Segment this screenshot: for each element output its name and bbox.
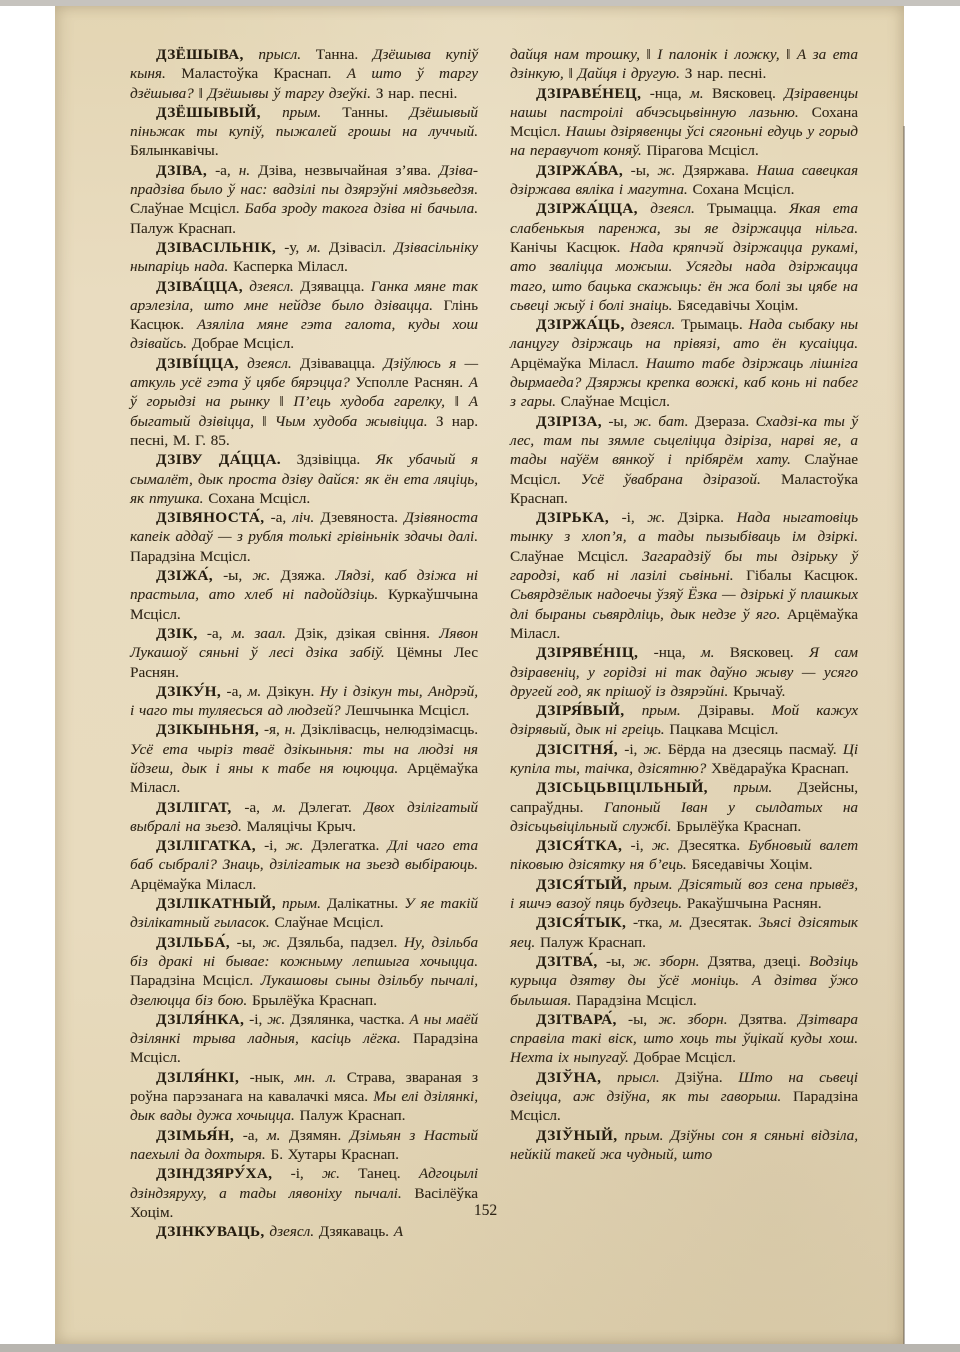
roman-text: Парадзіна Мсцісл. [576,992,697,1009]
dictionary-column-left: ДЗЁШЫВА, прысл. Танна. Дзёшыва купіў кын… [130,45,478,1241]
italic-text: ж. [322,1165,340,1182]
italic-text: ж. [262,934,280,951]
roman-text: -і, [631,837,644,854]
roman-text: Маляцічы Крыч. [247,818,356,835]
roman-text: Бялынкавічы. [130,142,219,159]
roman-text: Сохана Мсцісл. [693,181,795,198]
dictionary-entry: ДЗІТВА́, -ы, ж. зборн. Дзятва, дзеці. Во… [510,952,858,1010]
scanner-edge-bottom [0,1344,960,1352]
italic-text: прым. [282,104,321,121]
italic-text: прым. [642,702,681,719]
roman-text: -у, [284,239,299,256]
dictionary-entry: ДЗІРАВЕ́НЕЦ, -нца, м. Вясковец. Дзіравен… [510,84,858,161]
italic-text: А [394,1223,403,1240]
book-page: ДЗЁШЫВА, прысл. Танна. Дзёшыва купіў кын… [55,6,904,1344]
dictionary-entry: ДЗЁШЫВА, прысл. Танна. Дзёшыва купіў кын… [130,45,478,103]
roman-text: Дзіўна. [675,1069,722,1086]
roman-text: -і, [624,741,637,758]
dictionary-entry: ДЗІВЯНОСТА́, -а, ліч. Дзевяноста. Дзівян… [130,508,478,566]
roman-text: Усполле Раснян. [355,374,463,391]
headword: ДЗІК, [156,625,198,642]
roman-text: -а, [244,799,260,816]
roman-text: Крычаў. [733,683,785,700]
italic-text: м. [273,799,287,816]
dictionary-entry: ДЗІРЖА́ЦЬ, дзеясл. Трымаць. Нада сыбаку … [510,315,858,411]
italic-text: ж. зборн. [633,953,699,970]
dictionary-entry: ДЗІСІТНЯ́, -і, ж. Бёрда на дзесяць пасма… [510,740,858,779]
roman-text: Дзіравы. [698,702,754,719]
roman-text: Дзяжа. [281,567,326,584]
italic-text: ж. [657,162,675,179]
dictionary-entry: ДЗІВА, -а, н. Дзіва, незвычайная з’ява. … [130,161,478,238]
roman-text: Слаўнае Мсцісл. [510,548,628,565]
roman-text: Касперка Міласл. [233,258,348,275]
dictionary-entry: ДЗІРЯ́ВЫЙ, прым. Дзіравы. Мой кажух дзір… [510,701,858,740]
roman-text: Вясковец. [730,644,794,661]
roman-text: -а, [271,509,287,526]
roman-text: Дзялянка, частка. [290,1011,404,1028]
dictionary-entry: ДЗІЎНЫЙ, прым. Дзіўны сон я сяньні відзі… [510,1126,858,1165]
headword: ДЗІМЬЯ́Н, [156,1127,234,1144]
italic-text: прым. [733,779,772,796]
italic-text: ж. зборн. [658,1011,727,1028]
roman-text: Здзівіцца. [297,451,361,468]
roman-text: Палуж Краснап. [130,220,236,237]
italic-text: ж. [647,509,665,526]
roman-text: Танец. [358,1165,400,1182]
roman-text: -а, [207,625,223,642]
roman-text: Танна. [316,46,358,63]
roman-text: Вясковец. [712,85,776,102]
roman-text: Пацкава Мсцісл. [669,721,778,738]
roman-text: Дэлегатка. [312,837,380,854]
dictionary-entry: ДЗІКУ́Н, -а, м. Дзікун. Ну і дзікун ты, … [130,682,478,721]
roman-text: Дзівасіл. [329,239,386,256]
headword: ДЗІЎНА, [536,1069,601,1086]
italic-text: прым. [634,876,673,893]
headword: ДЗІЛІГАТКА, [156,837,256,854]
headword: ДЗІРІЗА, [536,413,602,430]
headword: ДЗІВА, [156,162,207,179]
roman-text: З нар. песні. [685,65,767,82]
dictionary-entry: ДЗІЛЬБА́, -ы, ж. Дзяльба, падзел. Ну, дз… [130,933,478,1010]
roman-text: Дзік, дзікая свіння. [295,625,430,642]
dictionary-entry: ДЗІРЬКА, -і, ж. Дзірка. Нада ныгатовіць … [510,508,858,643]
roman-text: Дзявацца. [300,278,364,295]
dictionary-entry: ДЗІСЯ́ТЫЙ, прым. Дзісятый воз сена прывё… [510,875,858,914]
roman-text: Добрае Мсцісл. [192,335,294,352]
roman-text: Брылёўка Краснап. [252,992,377,1009]
headword: ДЗЁШЫВА, [156,46,244,63]
headword: ДЗІЛЬБА́, [156,934,230,951]
headword: ДЗІСЬЦЬВІЦІЛЬНЫЙ, [536,779,708,796]
roman-text: -нца, [650,85,682,102]
headword: ДЗЁШЫВЫЙ, [156,104,261,121]
headword: ДЗІРАВЕ́НЕЦ, [536,85,641,102]
roman-text: Бяседавічы Хоцім. [691,856,812,873]
italic-text: ж. бат. [634,413,689,430]
headword: ДЗІВУ ДА́ЦЦА. [156,451,281,468]
roman-text: Палуж Краснап. [540,934,646,951]
roman-text: Дзесятка. [678,837,740,854]
roman-text: Дзівавацца. [300,355,375,372]
italic-text: ж. [267,1011,285,1028]
headword: ДЗІЛЯ́НКІ, [156,1069,239,1086]
roman-text: -нык, [250,1069,285,1086]
headword: ДЗІСЯ́ТКА, [536,837,622,854]
roman-text: -ы, [608,413,627,430]
roman-text: -ы, [628,1011,647,1028]
dictionary-entry: ДЗІРЖА́ВА, -ы, ж. Дзяржава. Наша савецка… [510,161,858,200]
roman-text: Парадзіна Мсцісл. [130,548,251,565]
roman-text: Слаўнае Мсцісл. [561,393,670,410]
roman-text: Дзікун. [267,683,315,700]
roman-text: -тка, [633,914,662,931]
roman-text: -нца, [654,644,686,661]
italic-text: м. [248,683,262,700]
roman-text: З нар. песні. [376,85,458,102]
headword: ДЗІРЖА́ВА, [536,162,623,179]
dictionary-entry: ДЗІЛЯ́НКА, -і, ж. Дзялянка, частка. А ны… [130,1010,478,1068]
roman-text: Дэлегат. [299,799,352,816]
headword: ДЗІСІТНЯ́, [536,741,618,758]
dictionary-entry: ДЗІРЯВЕ́НІЦ, -нца, м. Вясковец. Я сам дз… [510,643,858,701]
dictionary-entry: ДЗІЛІГАТКА, -і, ж. Дэлегатка. Длі чаго е… [130,836,478,894]
roman-text: Маластоўка Краснап. [181,65,331,82]
dictionary-entry: ДЗІМЬЯ́Н, -а, м. Дзямян. Дзімьян з Насты… [130,1126,478,1165]
italic-text: ж. [644,741,662,758]
roman-text: Арцёмаўка Міласл. [510,355,639,372]
roman-text: Канічы Касцюк. [510,239,620,256]
italic-text: прысл. [258,46,301,63]
italic-text: м. [669,914,683,931]
headword: ДЗІНКУВАЦЬ, [156,1223,265,1240]
dictionary-entry: ДЗІРЖА́ЦЦА, дзеясл. Трымацца. Якая ета с… [510,199,858,315]
roman-text: -а, [243,1127,259,1144]
headword: ДЗІТВА́, [536,953,598,970]
italic-text: прым. [624,1127,663,1144]
dictionary-entry: ДЗІЛІКАТНЫЙ, прым. Далікатны. У яе такій… [130,894,478,933]
roman-text: Дзяльба, падзел. [287,934,397,951]
headword: ДЗІСЯ́ТЫК, [536,914,626,931]
italic-text: м. [307,239,321,256]
roman-text: Парадзіна Мсцісл. [130,972,253,989]
dictionary-entry: ДЗІВА́ЦЦА, дзеясл. Дзявацца. Ганка мяне … [130,277,478,354]
italic-text: Усё ўвабрана дзіразой. [581,471,761,488]
dictionary-entry: ДЗІЎНА, прысл. Дзіўна. Што на сьвеці дзе… [510,1068,858,1126]
dictionary-entry: ДЗІВІ́ЦЦА, дзеясл. Дзівавацца. Дзіўлюсь … [130,354,478,450]
headword: ДЗІКЫНЬНЯ, [156,721,259,738]
italic-text: ж. [285,837,303,854]
dictionary-entry: ДЗЁШЫВЫЙ, прым. Танны. Дзёшывый піньжак … [130,103,478,161]
dictionary-entry: ДЗІСЯ́ТКА, -і, ж. Дзесятка. Бубновый вал… [510,836,858,875]
headword: ДЗІЛІГАТ, [156,799,232,816]
italic-text: м. [267,1127,281,1144]
italic-text: м. [690,85,704,102]
italic-text: м. заал. [232,625,286,642]
roman-text: Лешчынка Мсцісл. [345,702,469,719]
roman-text: -ы, [631,162,650,179]
roman-text: Бёрда на дзесяць пасмаў. [668,741,837,758]
roman-text: -а, [215,162,231,179]
roman-text: -і, [291,1165,304,1182]
dictionary-entry: ДЗІСЬЦЬВІЦІЛЬНЫЙ, прым. Дзейсны, сапраўд… [510,778,858,836]
headword: ДЗІВЯНОСТА́, [156,509,264,526]
roman-text: Дзяржава. [683,162,749,179]
dictionary-entry: ДЗІКЫНЬНЯ, -я, н. Дзіклівасць, нелюдзіма… [130,720,478,797]
italic-text: м. [701,644,715,661]
roman-text: Сохана Мсцісл. [208,490,310,507]
roman-text: Дзіва, незвычайная з’ява. [258,162,431,179]
headword: ДЗІЎНЫЙ, [536,1127,617,1144]
dictionary-entry: ДЗІСЯ́ТЫК, -тка, м. Дзесятак. Зьясі дзіс… [510,913,858,952]
italic-text: Баба зроду такога дзіва ні бачыла. [245,200,478,217]
headword: ДЗІЖА́, [156,567,213,584]
italic-text: ліч. [292,509,314,526]
italic-text: мн. л. [295,1069,337,1086]
headword: ДЗІРЯВЕ́НІЦ, [536,644,638,661]
page-number: 152 [55,1202,904,1220]
dictionary-entry: ДЗІЖА́, -ы, ж. Дзяжа. Лядзі, каб дзіжа н… [130,566,478,624]
roman-text: Добрае Мсцісл. [634,1049,736,1066]
roman-text: Трымацца. [707,200,777,217]
roman-text: Дзераза. [695,413,749,430]
dictionary-entry: ДЗІЛІГАТ, -а, м. Дэлегат. Двох дзілігаты… [130,798,478,837]
roman-text: Дзірка. [678,509,724,526]
italic-text: н. [285,721,296,738]
roman-text: Брылёўка Краснап. [676,818,801,835]
roman-text: Трымаць. [681,316,743,333]
roman-text: Слаўнае Мсцісл. [130,200,240,217]
headword: ДЗІРЬКА, [536,509,609,526]
dictionary-entry: ДЗІВУ ДА́ЦЦА. Здзівіцца. Як убачый я сым… [130,450,478,508]
headword: ДЗІТВАРА́, [536,1011,617,1028]
headword: ДЗІВАСІЛЬНІК, [156,239,276,256]
roman-text: Гібалы Касцюк. [746,567,858,584]
roman-text: -ы, [223,567,242,584]
headword: ДЗІВА́ЦЦА, [156,278,243,295]
italic-text: ж. [252,567,270,584]
roman-text: Танны. [342,104,388,121]
headword: ДЗІСЯ́ТЫЙ, [536,876,627,893]
roman-text: -ы, [237,934,256,951]
italic-text: дзеясл. [631,316,676,333]
headword: ДЗІЛІКАТНЫЙ, [156,895,276,912]
dictionary-entry: ДЗІРІЗА, -ы, ж. бат. Дзераза. Схадзі-ка … [510,412,858,508]
headword: ДЗІРЯ́ВЫЙ, [536,702,625,719]
roman-text: Дзямян. [289,1127,341,1144]
italic-text: дзеясл. [249,278,294,295]
italic-text: ж. [652,837,670,854]
headword: ДЗІРЖА́ЦЬ, [536,316,625,333]
roman-text: Б. Хутары Краснап. [270,1146,399,1163]
roman-text: -а, [227,683,243,700]
dictionary-entry: ДЗІЛЯ́НКІ, -нык, мн. л. Страва, звараная… [130,1068,478,1126]
roman-text: Дзятва, дзеці. [708,953,801,970]
roman-text: -я, [264,721,280,738]
italic-text: дзеясл. [247,355,292,372]
roman-text: Арцёмаўка Міласл. [130,876,256,893]
headword: ДЗІВІ́ЦЦА, [156,355,239,372]
roman-text: Далікатны. [327,895,398,912]
italic-text: прысл. [617,1069,660,1086]
dictionary-entry: ДЗІНКУВАЦЬ, дзеясл. Дзякаваць. А [130,1222,478,1241]
roman-text: -і, [249,1011,262,1028]
dictionary-entry: ДЗІТВАРА́, -ы, ж. зборн. Дзятва. Дзітвар… [510,1010,858,1068]
roman-text: Дзевяноста. [320,509,398,526]
roman-text: Дзятва. [739,1011,787,1028]
headword: ДЗІРЖА́ЦЦА, [536,200,638,217]
roman-text: Пірагова Мсцісл. [646,142,758,159]
roman-text: -і, [264,837,277,854]
headword: ДЗІЛЯ́НКА, [156,1011,244,1028]
headword: ДЗІНДЗЯРУ́ХА, [156,1165,272,1182]
dictionary-entry-continuation: дайця нам трошку, ‖ І палонік і ложку, ‖… [510,45,858,84]
roman-text: Дзіклівасць, нелюдзімасць. [301,721,478,738]
roman-text: -ы, [606,953,625,970]
italic-text: прым. [282,895,321,912]
roman-text: Дзесятак. [690,914,752,931]
roman-text: Слаўнае Мсцісл. [274,914,383,931]
italic-text: дзеясл. [650,200,695,217]
roman-text: Ракаўшчына Раснян. [687,895,822,912]
dictionary-entry: ДЗІК, -а, м. заал. Дзік, дзікая свіння. … [130,624,478,682]
roman-text: -і, [622,509,635,526]
dictionary-column-right: дайця нам трошку, ‖ І палонік і ложку, ‖… [510,45,858,1164]
italic-text: н. [239,162,250,179]
dictionary-entry: ДЗІВАСІЛЬНІК, -у, м. Дзівасіл. Дзівасіль… [130,238,478,277]
roman-text: Дзякаваць. [319,1223,389,1240]
roman-text: Бяседавічы Хоцім. [677,297,798,314]
roman-text: Палуж Краснап. [300,1107,406,1124]
headword: ДЗІКУ́Н, [156,683,221,700]
italic-text: дзеясл. [269,1223,314,1240]
roman-text: Хвёдараўка Краснап. [711,760,849,777]
